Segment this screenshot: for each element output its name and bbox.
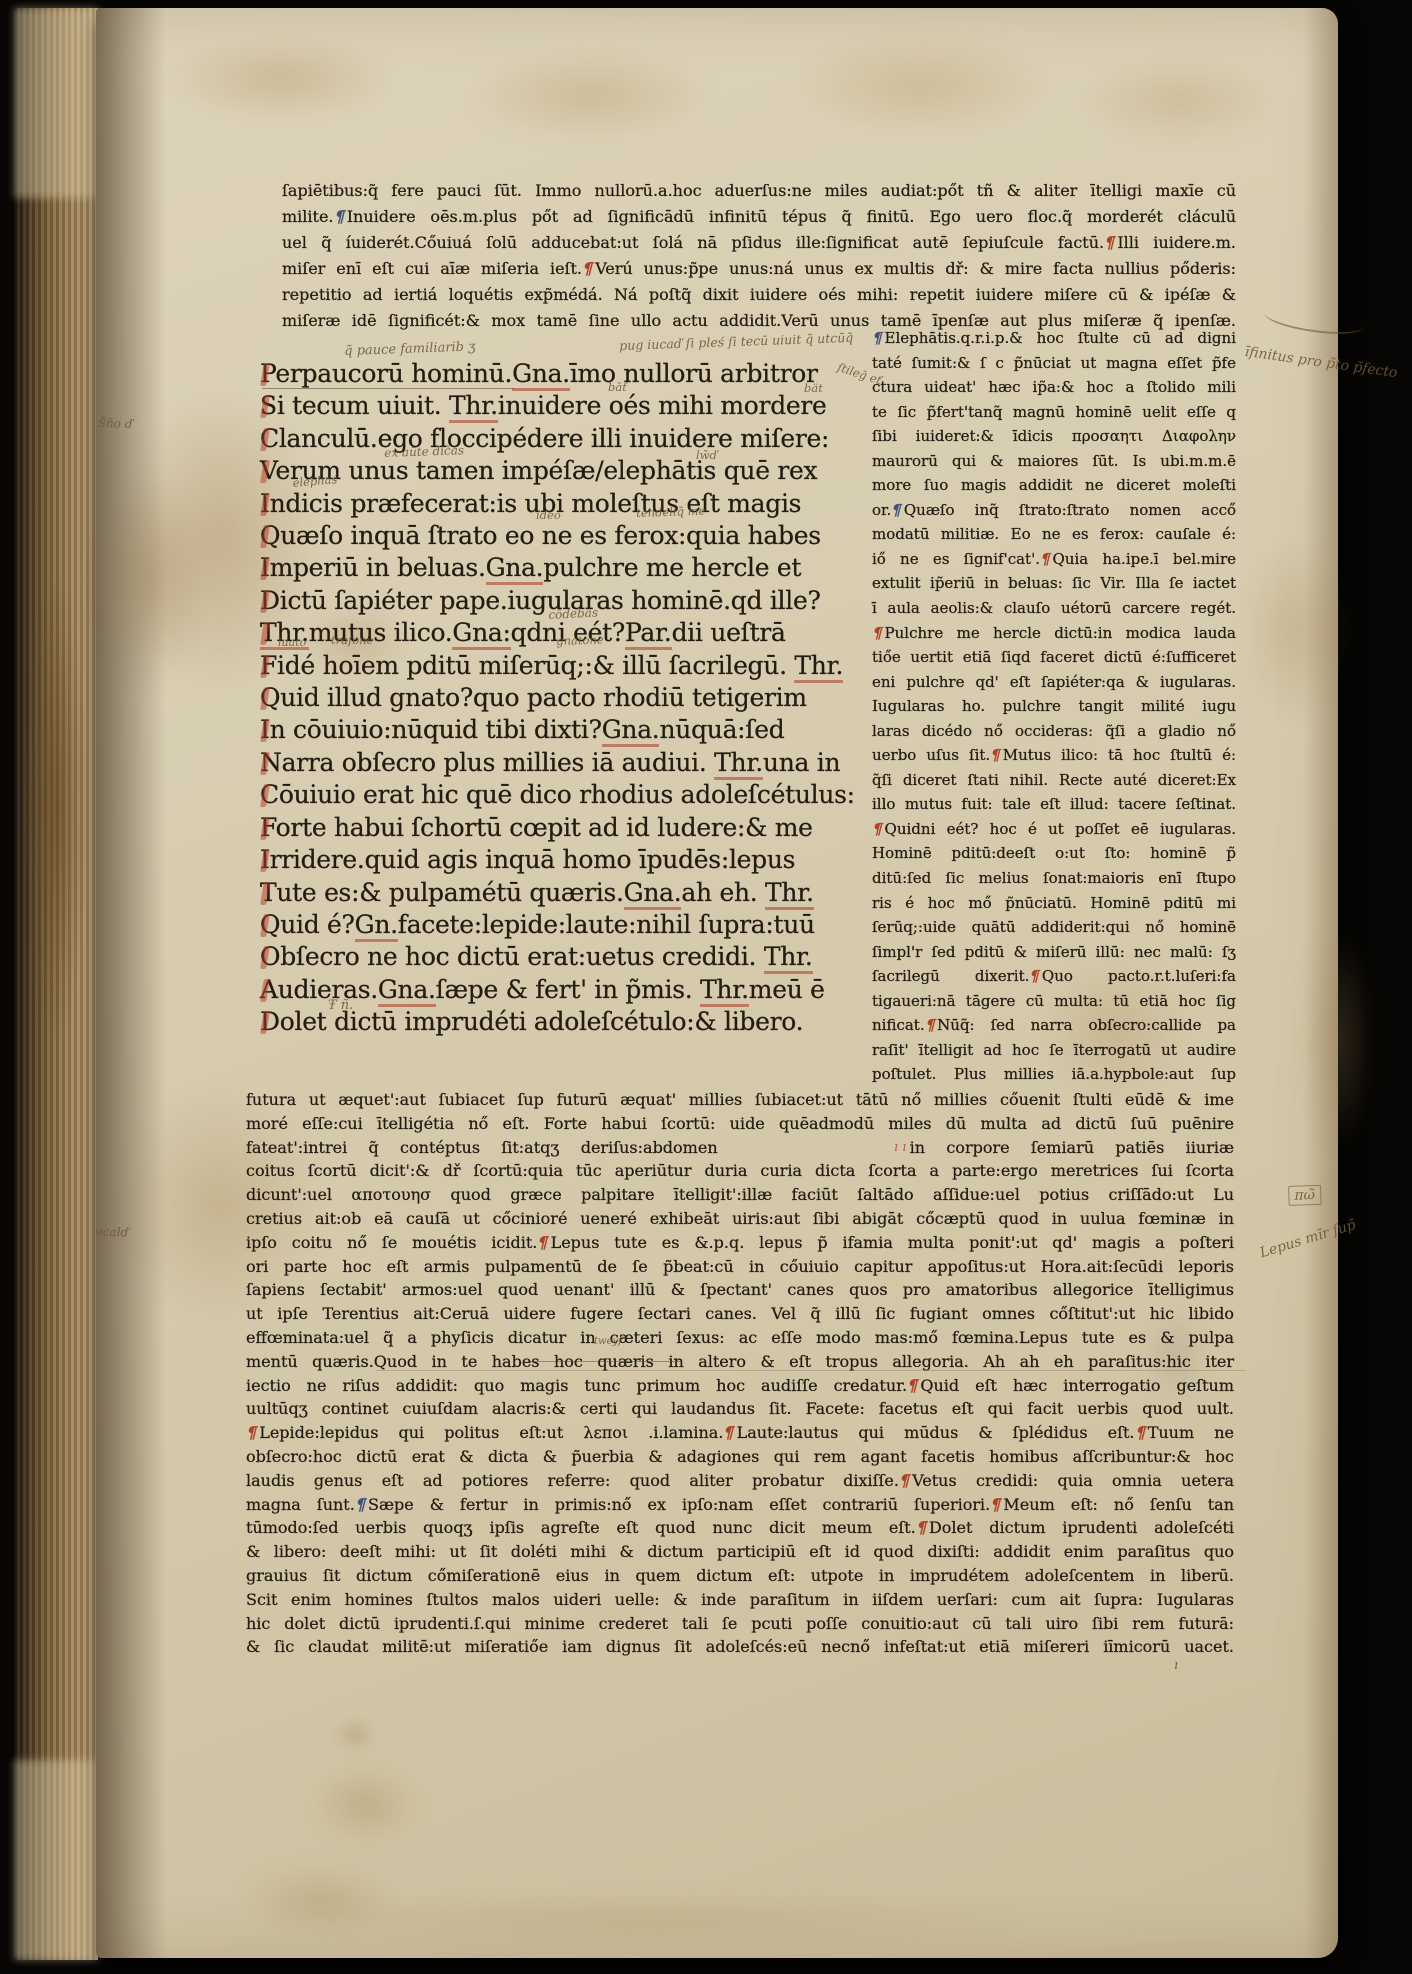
text-line: tigaueri:nā tāgere cū multa: tū etiā hoc… — [872, 989, 1236, 1014]
pilcrow-mark-blue: ¶ — [870, 326, 886, 351]
interlinear-gloss: iuato — [278, 636, 306, 649]
text-line: coitus ſcortū dicit':& dř ſcortū:quia tū… — [246, 1159, 1234, 1183]
interlinear-gloss: tendeliq̃ me — [636, 504, 706, 520]
text-line: iő ne es ſignif'cat'.¶Quia ha.ipe.ī bel.… — [872, 547, 1236, 572]
text-line: Obſecro ne hoc dictū erat:uetus credidi.… — [260, 941, 841, 973]
photo-frame: ſapiētibus:q̃ fere pauci ſūt. Immo nullo… — [0, 0, 1412, 1974]
text-line: Perpaucorū hominū.Gna.īmo nullorū arbitr… — [260, 358, 841, 390]
interlinear-gloss: traſone — [331, 633, 373, 647]
book-page: ſapiētibus:q̃ fere pauci ſūt. Immo nullo… — [96, 8, 1338, 1958]
paper-crease — [376, 1370, 1246, 1371]
interlinear-gloss: gnatone — [556, 632, 604, 648]
interlinear-gloss: lw̃ď — [696, 448, 717, 462]
text-line: raſit' ītelligit ad hoc ſe īterrogatū ut… — [872, 1038, 1236, 1063]
stain — [96, 1880, 1196, 1960]
interlinear-gloss: tweyſ — [594, 1336, 622, 1347]
speaker-abbreviation: Thr. — [449, 391, 498, 423]
text-line: Clanculū.ego floccipédere illi inuidere … — [260, 423, 841, 455]
left-edge-note: ocalď — [95, 1224, 128, 1240]
text-line: taté ſumit:& ſ c p̃nūciat ut magna eſſet… — [872, 351, 1236, 376]
speaker-abbreviation: Thr. — [764, 942, 813, 974]
text-line: uultūqʒ continet cuiuſdam alacris:& cert… — [246, 1397, 1234, 1421]
text-line: ſacrilegū dixerit.¶Quo pacto.r.t.luſeri:… — [872, 964, 1236, 989]
text-line: repetitio ad iertiá loquétis exp̃médá. N… — [282, 282, 1236, 308]
speaker-abbreviation: Gna. — [486, 553, 544, 585]
pilcrow-mark: ¶ — [580, 256, 597, 282]
text-line: Irridere.quid agis inquā homo īpudēs:lep… — [260, 844, 841, 876]
text-line: Scit enim homines ſtultos malos uideri u… — [246, 1588, 1234, 1612]
pilcrow-mark: ¶ — [914, 1516, 930, 1540]
text-line: ut ipſe Terentius ait:Ceruā uidere fuger… — [246, 1302, 1234, 1326]
text-line: magna ſunt.¶Sæpe & fertur in primis:nő e… — [246, 1493, 1234, 1517]
text-line: Forte habui ſchortū cœpit ad id ludere:&… — [260, 812, 841, 844]
pilcrow-mark: ¶ — [897, 1469, 913, 1493]
pilcrow-mark: ¶ — [1027, 964, 1043, 989]
stain — [420, 30, 760, 160]
pilcrow-mark-blue: ¶ — [889, 498, 905, 523]
text-line: nificat.¶Nūq̃: ſed narra obſecro:callide… — [872, 1013, 1236, 1038]
text-line: ¶Lepide:lepidus qui politus eſt:ut λεποι… — [246, 1421, 1234, 1445]
text-line: laudis genus eſt ad potiores referre: qu… — [246, 1469, 1234, 1493]
pilcrow-mark: ¶ — [244, 1421, 260, 1445]
pilcrow-mark-blue: ¶ — [353, 1493, 369, 1517]
side-commentary-column: ¶Elephātis.q.r.i.p.& hoc ſtulte cū ad di… — [872, 326, 1236, 1087]
text-line: ris é hoc mő p̃nūciatū. Hominē pditū mi — [872, 891, 1236, 916]
stray-pen-mark: ı — [1174, 1658, 1178, 1673]
pilcrow-mark: ¶ — [1133, 1421, 1149, 1445]
gloss-underline — [262, 388, 514, 389]
pilcrow-mark: ¶ — [988, 1493, 1004, 1517]
text-line: Fidé hoīem pditū miſerūq;:& illū ſacrile… — [260, 650, 841, 682]
text-line: milite.¶Inuidere oēs.m.plus pőt ad ſigni… — [282, 204, 1236, 230]
right-margin-note: πω̃ — [1288, 1185, 1321, 1206]
text-line: ſibi iuideret:& īdicis προσαητι Διαφολην — [872, 424, 1236, 449]
text-line: tūmodo:ſed uerbis quoqʒ ipſis agreſte eſ… — [246, 1516, 1234, 1540]
stain — [1040, 40, 1320, 160]
text-line: Si tecum uiuit. Thr.inuidere oés mihi mo… — [260, 390, 841, 422]
text-line: iectio ne riſus addidit: quo magis tunc … — [246, 1374, 1234, 1398]
speaker-abbreviation: Par. — [625, 618, 672, 650]
text-line: maurorū qui & maiores ſūt. Is ubi.m.m.ē — [872, 449, 1236, 474]
text-line: Quid é?Gn.facete:lepide:laute:nihil ſupr… — [260, 909, 841, 941]
text-line: or.¶Quæſo inq̃ ſtrato:ſtrato nomen accő — [872, 498, 1236, 523]
text-line: illo mutus fuit: tale eſt illud: tacere … — [872, 792, 1236, 817]
left-edge-note: S̃ño ď — [98, 416, 133, 431]
text-line: uel q̃ íuiderét.Cőuiuá ſolū adducebat:ut… — [282, 230, 1236, 256]
text-line: Quid illud gnato?quo pacto rhodiū tetige… — [260, 682, 841, 714]
text-line: poſtulet. Plus millies iā.a.hypbole:aut … — [872, 1062, 1236, 1087]
text-line: Verum unus tamen impéſæ/elephātis quē re… — [260, 455, 841, 487]
text-line: ¶Pulchre me hercle dictū:in modica lauda — [872, 621, 1236, 646]
page-edge-highlight-top — [14, 8, 98, 198]
speaker-abbreviation: Gn. — [355, 910, 398, 942]
text-line: & ſic claudat militē:ut miſeratiőe iam d… — [246, 1635, 1234, 1659]
text-line: te ſic p̃fert'tanq̃ magnū hominē uelit e… — [872, 400, 1236, 425]
text-line: Cōuiuio erat hic quē dico rhodius adoleſ… — [260, 779, 841, 811]
text-line: ctura uideat' hæc ip̃a:& hoc a ſtolido m… — [872, 375, 1236, 400]
speaker-abbreviation: Thr. — [714, 748, 763, 780]
speaker-abbreviation: Gna: — [452, 618, 510, 650]
text-line: futura ut æquet':aut ſubiacet ſup futurū… — [246, 1088, 1234, 1112]
speaker-abbreviation: Gna. — [602, 715, 660, 747]
text-line: fateat':intrei q̃ contéptus ſit:atqʒ der… — [246, 1136, 1234, 1160]
text-line: eni pulchre qd' eſt ſapiéter:qa & iugula… — [872, 670, 1236, 695]
text-line: Hominē pditū:deeſt o:ut ſto: hominē p̃ — [872, 841, 1236, 866]
red-offset-mark: ı ı — [894, 1140, 906, 1155]
text-line: uerbo uſus ſit.¶Mutus ilico: tā hoc ſtul… — [872, 743, 1236, 768]
text-line: obſecro:hoc dictū erat & dicta & p̃uerbi… — [246, 1445, 1234, 1469]
text-line: Tute es:& pulpamétū quæris.Gna.ah eh. Th… — [260, 877, 841, 909]
text-line: miſer enī eſt cui aīæ miſeria ieſt.¶Verú… — [282, 256, 1236, 282]
pen-flourish — [1263, 300, 1366, 339]
book-page-edges — [14, 8, 98, 1960]
interlinear-gloss: Ŧ ñ. — [328, 998, 353, 1013]
pilcrow-mark: ¶ — [905, 1374, 921, 1398]
pilcrow-mark: ¶ — [870, 817, 886, 842]
text-line: moré eſſe:cui ītelligétia nő eſt. Forte … — [246, 1112, 1234, 1136]
text-line: Quæſo inquā ſtrato eo ne es ferox:quia h… — [260, 520, 841, 552]
text-line: grauius ſit dictum cőmiſerationē eius in… — [246, 1564, 1234, 1588]
top-commentary-block: ſapiētibus:q̃ fere pauci ſūt. Immo nullo… — [282, 178, 1236, 334]
stain — [120, 18, 440, 138]
right-margin-note: Lepus mĩr ſup̃ — [1258, 1217, 1358, 1261]
main-text-column: Perpaucorū hominū.Gna.īmo nullorū arbitr… — [260, 358, 841, 1039]
text-line: Iugularas ho. pulchre tangit milité iugu — [872, 694, 1236, 719]
pilcrow-mark: ¶ — [721, 1421, 737, 1445]
page-edge-highlight-bottom — [14, 1760, 98, 1960]
text-line: q̃ſi diceret ſtati nihil. Recte auté dic… — [872, 768, 1236, 793]
pilcrow-mark: ¶ — [535, 1231, 551, 1255]
stain — [1220, 500, 1370, 760]
pilcrow-mark: ¶ — [923, 1013, 939, 1038]
stain — [330, 1718, 380, 1752]
interlinear-gloss: bāť — [608, 380, 627, 394]
right-margin-note: īfinitus pro p̃to p̃fecto — [1244, 344, 1399, 381]
text-line: ori parte hoc eſt armis pulpamentū de ſe… — [246, 1255, 1234, 1279]
text-line: more ſuo magis addidit ne diceret moleſt… — [872, 473, 1236, 498]
stain — [210, 1850, 430, 1950]
interlinear-gloss: ideo — [536, 508, 561, 522]
pilcrow-mark-blue: ¶ — [331, 204, 348, 230]
text-line: ſapiens ſectabit' armos:uel quod uenant'… — [246, 1278, 1234, 1302]
speaker-abbreviation: Gna. — [624, 878, 682, 910]
interlinear-gloss: cōdebas — [548, 605, 598, 622]
text-line: effœminata:uel q̃ a phyſicis dicatur in … — [246, 1326, 1234, 1350]
pilcrow-mark: ¶ — [1102, 230, 1119, 256]
interlinear-gloss: bät — [804, 381, 823, 395]
text-line: hic dolet dictū iprudenti.ſ.qui minime c… — [246, 1612, 1234, 1636]
text-line: ¶Quidni eét? hoc é ut poſſet eē iugulara… — [872, 817, 1236, 842]
speaker-abbreviation: Thr. — [700, 975, 749, 1007]
text-line: Imperiū in beluas.Gna.pulchre me hercle … — [260, 552, 841, 584]
text-line: ſimpl'r ſed pditū & miſerū illū: nec mal… — [872, 940, 1236, 965]
bottom-commentary-block: futura ut æquet':aut ſubiacet ſup futurū… — [246, 1088, 1234, 1659]
pilcrow-mark: ¶ — [988, 743, 1004, 768]
speaker-abbreviation: Gna. — [378, 975, 436, 1007]
text-line: Narra obſecro plus millies iā audiui. Th… — [260, 747, 841, 779]
interlinear-gloss: q̃ pauce familiarib ʒ — [344, 339, 476, 359]
text-line: ipſo coitu nő ſe mouétis icidit.¶Lepus t… — [246, 1231, 1234, 1255]
text-line: modatū militiæ. Eo ne es ferox: cauſale … — [872, 522, 1236, 547]
text-line: cretius ait:ob eā cauſā ut cőcinioré uen… — [246, 1207, 1234, 1231]
text-line: ¶Elephātis.q.r.i.p.& hoc ſtulte cū ad di… — [872, 326, 1236, 351]
text-line: extulit ip̃eriū in beluas: ſic Vir. Illa… — [872, 571, 1236, 596]
text-line: ditū:ſed ſic melius ſonat:maioris enī ſt… — [872, 866, 1236, 891]
pilcrow-mark: ¶ — [870, 621, 886, 646]
text-line: dicunt':uel αποτουησ quod græce palpitar… — [246, 1183, 1234, 1207]
text-line: ſerūq;:uide quātū addiderit:qui nő homin… — [872, 915, 1236, 940]
text-line: & libero: deeſt mihi: ut ſit doléti mihi… — [246, 1540, 1234, 1564]
pilcrow-mark: ¶ — [1038, 547, 1054, 572]
text-line: In cōuiuio:nūquid tibi dixti?Gna.nūquā:ſ… — [260, 714, 841, 746]
gloss-underline — [528, 1361, 680, 1362]
text-line: laras dicédo nő occideras: q̃ſi a gladio… — [872, 719, 1236, 744]
text-line: ī aula aeolis:& clauſo uétorū carcere re… — [872, 596, 1236, 621]
stain — [290, 1750, 440, 1860]
speaker-abbreviation: Gna. — [512, 359, 570, 391]
speaker-abbreviation: Thr. — [765, 878, 814, 910]
stain — [1280, 880, 1390, 1200]
interlinear-gloss: ex aūte dičas — [384, 443, 464, 460]
text-line: tiőe uertit etiā ſiqd faceret dictū é:ſu… — [872, 645, 1236, 670]
stain — [740, 15, 1100, 155]
speaker-abbreviation: Thr. — [794, 651, 843, 683]
text-line: ſapiētibus:q̃ fere pauci ſūt. Immo nullo… — [282, 178, 1236, 204]
